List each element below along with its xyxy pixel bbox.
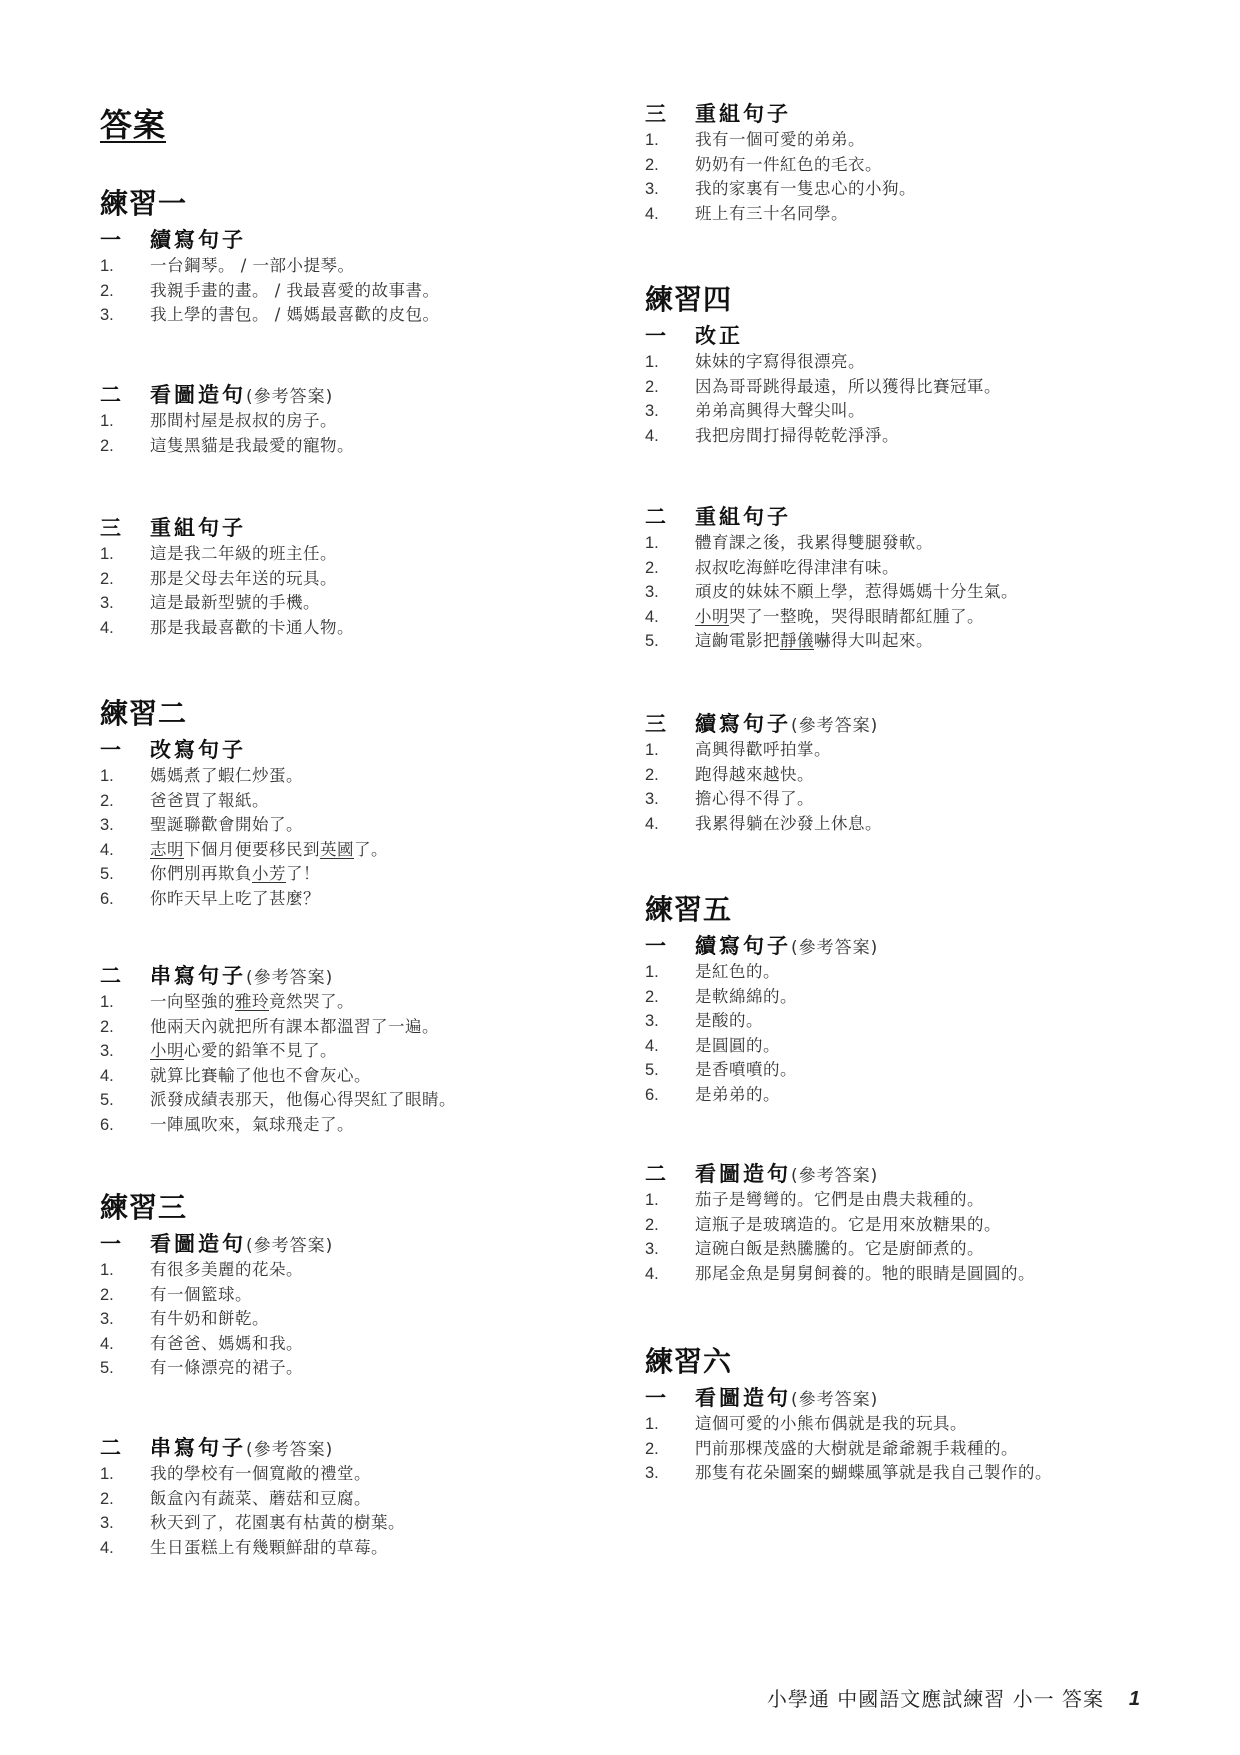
item-number: 1. bbox=[100, 254, 140, 279]
answer-text: 我親手畫的畫。 / 我最喜愛的故事書。 bbox=[150, 279, 440, 304]
item-number: 2. bbox=[100, 279, 140, 304]
item-number: 1. bbox=[645, 531, 685, 556]
question-section: 一續寫句子1.一台鋼琴。 / 一部小提琴。2.我親手畫的畫。 / 我最喜愛的故事… bbox=[100, 226, 600, 328]
section-title-text: 重組句子 bbox=[695, 102, 791, 126]
section-title: 看圖造句(參考答案) bbox=[695, 1384, 878, 1414]
question-section: 二串寫句子(參考答案)1.我的學校有一個寬敞的禮堂。2.飯盒內有蔬菜、蘑菇和豆腐… bbox=[100, 1434, 600, 1560]
answer-text: 聖誕聯歡會開始了。 bbox=[150, 813, 303, 838]
item-number: 5. bbox=[100, 1088, 140, 1113]
answer-item: 3.頑皮的妹妹不願上學，惹得媽媽十分生氣。 bbox=[645, 580, 1205, 605]
section-heading: 三重組句子 bbox=[645, 100, 1205, 128]
item-number: 6. bbox=[100, 1113, 140, 1138]
answer-item: 5.你們別再欺負小芳了！ bbox=[100, 862, 600, 887]
reference-answer-note: (參考答案) bbox=[246, 387, 333, 407]
item-number: 1. bbox=[645, 350, 685, 375]
answer-text: 有一條漂亮的裙子。 bbox=[150, 1356, 303, 1381]
answer-text: 門前那棵茂盛的大樹就是爺爺親手栽種的。 bbox=[695, 1437, 1018, 1462]
answer-text: 你昨天早上吃了甚麼？ bbox=[150, 887, 320, 912]
text-fragment: 哭了一整晚，哭得眼睛都紅腫了。 bbox=[729, 607, 984, 626]
answer-text: 體育課之後，我累得雙腿發軟。 bbox=[695, 531, 933, 556]
section-number: 二 bbox=[645, 1160, 685, 1188]
item-number: 2. bbox=[100, 1283, 140, 1308]
answer-text: 志明下個月便要移民到英國了。 bbox=[150, 838, 388, 863]
answer-item: 3.秋天到了，花園裏有枯黃的樹葉。 bbox=[100, 1511, 600, 1536]
section-title-text: 看圖造句 bbox=[150, 383, 246, 407]
answer-item: 1.體育課之後，我累得雙腿發軟。 bbox=[645, 531, 1205, 556]
section-heading: 一續寫句子 bbox=[100, 226, 600, 254]
question-section: 三重組句子1.我有一個可愛的弟弟。2.奶奶有一件紅色的毛衣。3.我的家裏有一隻忠… bbox=[645, 100, 1205, 226]
reference-answer-note: (參考答案) bbox=[791, 938, 878, 958]
answer-item: 1.那間村屋是叔叔的房子。 bbox=[100, 409, 600, 434]
answer-text: 那隻有花朵圖案的蝴蝶風箏就是我自己製作的。 bbox=[695, 1461, 1052, 1486]
item-number: 5. bbox=[645, 1058, 685, 1083]
section-number: 三 bbox=[645, 710, 685, 738]
answer-item: 5.這齣電影把靜儀嚇得大叫起來。 bbox=[645, 629, 1205, 654]
item-number: 5. bbox=[100, 862, 140, 887]
item-number: 5. bbox=[100, 1356, 140, 1381]
section-heading: 一改正 bbox=[645, 322, 1205, 350]
text-fragment: 這齣電影把 bbox=[695, 631, 780, 650]
section-title: 看圖造句(參考答案) bbox=[150, 381, 333, 411]
item-number: 4. bbox=[100, 838, 140, 863]
section-heading: 二看圖造句(參考答案) bbox=[100, 381, 600, 409]
item-number: 1. bbox=[645, 1188, 685, 1213]
section-title-text: 續寫句子 bbox=[695, 934, 791, 958]
section-title: 串寫句子(參考答案) bbox=[150, 962, 333, 992]
answer-text: 擔心得不得了。 bbox=[695, 787, 814, 812]
item-number: 6. bbox=[100, 887, 140, 912]
reference-answer-note: (參考答案) bbox=[791, 1166, 878, 1186]
answer-text: 有很多美麗的花朵。 bbox=[150, 1258, 303, 1283]
section-title: 改正 bbox=[695, 322, 743, 350]
answer-text: 爸爸買了報紙。 bbox=[150, 789, 269, 814]
underlined-proper-noun: 英國 bbox=[320, 840, 354, 859]
text-fragment: 一向堅強的 bbox=[150, 992, 235, 1011]
item-number: 3. bbox=[645, 787, 685, 812]
question-section: 二串寫句子(參考答案)1.一向堅強的雅玲竟然哭了。2.他兩天內就把所有課本都溫習… bbox=[100, 962, 600, 1137]
answer-text: 有爸爸、媽媽和我。 bbox=[150, 1332, 303, 1357]
item-number: 3. bbox=[645, 177, 685, 202]
question-section: 一改寫句子1.媽媽煮了蝦仁炒蛋。2.爸爸買了報紙。3.聖誕聯歡會開始了。4.志明… bbox=[100, 736, 600, 911]
section-number: 二 bbox=[100, 962, 140, 990]
item-number: 2. bbox=[100, 1487, 140, 1512]
answer-item: 3.那隻有花朵圖案的蝴蝶風箏就是我自己製作的。 bbox=[645, 1461, 1205, 1486]
item-number: 3. bbox=[645, 1237, 685, 1262]
section-title-text: 改寫句子 bbox=[150, 738, 246, 762]
item-number: 2. bbox=[645, 153, 685, 178]
item-number: 1. bbox=[100, 764, 140, 789]
answer-text: 派發成績表那天，他傷心得哭紅了眼睛。 bbox=[150, 1088, 456, 1113]
exercise-heading: 練習一 bbox=[100, 187, 187, 221]
section-number: 一 bbox=[100, 226, 140, 254]
footer-book-title: 小學通 中國語文應試練習 小一 答案 bbox=[767, 1684, 1104, 1714]
answer-item: 1.我有一個可愛的弟弟。 bbox=[645, 128, 1205, 153]
section-number: 一 bbox=[645, 1384, 685, 1412]
answer-text: 是紅色的。 bbox=[695, 960, 780, 985]
text-fragment: 嚇得大叫起來。 bbox=[814, 631, 933, 650]
section-title: 重組句子 bbox=[695, 100, 791, 128]
text-fragment: 竟然哭了。 bbox=[269, 992, 354, 1011]
section-title-text: 重組句子 bbox=[695, 505, 791, 529]
text-fragment: 你們別再欺負 bbox=[150, 864, 252, 883]
section-number: 二 bbox=[100, 1434, 140, 1462]
item-number: 2. bbox=[645, 985, 685, 1010]
answer-text: 一陣風吹來，氣球飛走了。 bbox=[150, 1113, 354, 1138]
answer-text: 那是父母去年送的玩具。 bbox=[150, 567, 337, 592]
answer-item: 2.有一個籃球。 bbox=[100, 1283, 600, 1308]
answer-text: 頑皮的妹妹不願上學，惹得媽媽十分生氣。 bbox=[695, 580, 1018, 605]
answer-item: 3.弟弟高興得大聲尖叫。 bbox=[645, 399, 1205, 424]
exercise-heading: 練習四 bbox=[645, 283, 732, 317]
question-section: 三重組句子1.這是我二年級的班主任。2.那是父母去年送的玩具。3.這是最新型號的… bbox=[100, 514, 600, 640]
underlined-proper-noun: 雅玲 bbox=[235, 992, 269, 1011]
answer-text: 秋天到了，花園裏有枯黃的樹葉。 bbox=[150, 1511, 405, 1536]
answer-item: 3.我的家裏有一隻忠心的小狗。 bbox=[645, 177, 1205, 202]
answer-item: 1.這是我二年級的班主任。 bbox=[100, 542, 600, 567]
item-number: 4. bbox=[645, 424, 685, 449]
section-title-text: 看圖造句 bbox=[695, 1162, 791, 1186]
section-number: 一 bbox=[645, 932, 685, 960]
section-title-text: 看圖造句 bbox=[150, 1232, 246, 1256]
answer-item: 1.有很多美麗的花朵。 bbox=[100, 1258, 600, 1283]
text-fragment: 下個月便要移民到 bbox=[184, 840, 320, 859]
answer-text: 一向堅強的雅玲竟然哭了。 bbox=[150, 990, 354, 1015]
answer-item: 2.飯盒內有蔬菜、蘑菇和豆腐。 bbox=[100, 1487, 600, 1512]
item-number: 3. bbox=[100, 1039, 140, 1064]
answer-text: 是弟弟的。 bbox=[695, 1083, 780, 1108]
section-heading: 一改寫句子 bbox=[100, 736, 600, 764]
answer-item: 2.門前那棵茂盛的大樹就是爺爺親手栽種的。 bbox=[645, 1437, 1205, 1462]
answer-item: 2.我親手畫的畫。 / 我最喜愛的故事書。 bbox=[100, 279, 600, 304]
item-number: 3. bbox=[100, 591, 140, 616]
item-number: 4. bbox=[100, 1064, 140, 1089]
answer-item: 2.奶奶有一件紅色的毛衣。 bbox=[645, 153, 1205, 178]
answer-text: 是圓圓的。 bbox=[695, 1034, 780, 1059]
underlined-proper-noun: 小芳 bbox=[252, 864, 286, 883]
answer-item: 4.班上有三十名同學。 bbox=[645, 202, 1205, 227]
answer-item: 1.是紅色的。 bbox=[645, 960, 1205, 985]
section-heading: 二串寫句子(參考答案) bbox=[100, 1434, 600, 1462]
reference-answer-note: (參考答案) bbox=[791, 1390, 878, 1410]
answer-item: 4.那是我最喜歡的卡通人物。 bbox=[100, 616, 600, 641]
item-number: 4. bbox=[645, 202, 685, 227]
answer-text: 茄子是彎彎的。它們是由農夫栽種的。 bbox=[695, 1188, 984, 1213]
item-number: 3. bbox=[100, 303, 140, 328]
answer-item: 5.是香噴噴的。 bbox=[645, 1058, 1205, 1083]
answer-item: 4.生日蛋糕上有幾顆鮮甜的草莓。 bbox=[100, 1536, 600, 1561]
item-number: 1. bbox=[645, 738, 685, 763]
underlined-proper-noun: 小明 bbox=[150, 1041, 184, 1060]
item-number: 3. bbox=[100, 1307, 140, 1332]
answer-text: 因為哥哥跳得最遠，所以獲得比賽冠軍。 bbox=[695, 375, 1001, 400]
answer-text: 媽媽煮了蝦仁炒蛋。 bbox=[150, 764, 303, 789]
answer-item: 2.他兩天內就把所有課本都溫習了一遍。 bbox=[100, 1015, 600, 1040]
item-number: 2. bbox=[100, 789, 140, 814]
answer-text: 你們別再欺負小芳了！ bbox=[150, 862, 320, 887]
section-title: 重組句子 bbox=[695, 503, 791, 531]
answer-text: 我的家裏有一隻忠心的小狗。 bbox=[695, 177, 916, 202]
answer-text: 他兩天內就把所有課本都溫習了一遍。 bbox=[150, 1015, 439, 1040]
item-number: 3. bbox=[645, 399, 685, 424]
answer-item: 2.跑得越來越快。 bbox=[645, 763, 1205, 788]
section-title-text: 續寫句子 bbox=[150, 228, 246, 252]
section-heading: 二重組句子 bbox=[645, 503, 1205, 531]
item-number: 2. bbox=[645, 1437, 685, 1462]
section-title-text: 看圖造句 bbox=[695, 1386, 791, 1410]
exercise-heading: 練習三 bbox=[100, 1191, 187, 1225]
answer-item: 2.那是父母去年送的玩具。 bbox=[100, 567, 600, 592]
answer-text: 飯盒內有蔬菜、蘑菇和豆腐。 bbox=[150, 1487, 371, 1512]
section-number: 一 bbox=[100, 1230, 140, 1258]
item-number: 3. bbox=[100, 813, 140, 838]
answer-item: 3.擔心得不得了。 bbox=[645, 787, 1205, 812]
answer-text: 高興得歡呼拍掌。 bbox=[695, 738, 831, 763]
answer-item: 3.聖誕聯歡會開始了。 bbox=[100, 813, 600, 838]
answer-text: 就算比賽輸了他也不會灰心。 bbox=[150, 1064, 371, 1089]
section-title-text: 改正 bbox=[695, 324, 743, 348]
answer-item: 3.這碗白飯是熱騰騰的。它是廚師煮的。 bbox=[645, 1237, 1205, 1262]
answer-text: 妹妹的字寫得很漂亮。 bbox=[695, 350, 865, 375]
answer-text: 有牛奶和餅乾。 bbox=[150, 1307, 269, 1332]
answer-text: 這隻黑貓是我最愛的寵物。 bbox=[150, 434, 354, 459]
answer-text: 這個可愛的小熊布偶就是我的玩具。 bbox=[695, 1412, 967, 1437]
section-heading: 三重組句子 bbox=[100, 514, 600, 542]
question-section: 二看圖造句(參考答案)1.那間村屋是叔叔的房子。2.這隻黑貓是我最愛的寵物。 bbox=[100, 381, 600, 458]
text-fragment: 了！ bbox=[286, 864, 320, 883]
answer-text: 這是最新型號的手機。 bbox=[150, 591, 320, 616]
answer-text: 弟弟高興得大聲尖叫。 bbox=[695, 399, 865, 424]
answer-item: 2.這瓶子是玻璃造的。它是用來放糖果的。 bbox=[645, 1213, 1205, 1238]
answer-item: 2.是軟綿綿的。 bbox=[645, 985, 1205, 1010]
answer-item: 1.媽媽煮了蝦仁炒蛋。 bbox=[100, 764, 600, 789]
item-number: 2. bbox=[645, 375, 685, 400]
reference-answer-note: (參考答案) bbox=[791, 716, 878, 736]
answer-text: 是香噴噴的。 bbox=[695, 1058, 797, 1083]
section-title: 看圖造句(參考答案) bbox=[695, 1160, 878, 1190]
answer-item: 2.叔叔吃海鮮吃得津津有味。 bbox=[645, 556, 1205, 581]
answer-item: 4.有爸爸、媽媽和我。 bbox=[100, 1332, 600, 1357]
answer-item: 4.小明哭了一整晚，哭得眼睛都紅腫了。 bbox=[645, 605, 1205, 630]
answer-item: 4.就算比賽輸了他也不會灰心。 bbox=[100, 1064, 600, 1089]
item-number: 4. bbox=[645, 605, 685, 630]
question-section: 二看圖造句(參考答案)1.茄子是彎彎的。它們是由農夫栽種的。2.這瓶子是玻璃造的… bbox=[645, 1160, 1205, 1286]
answer-text: 那間村屋是叔叔的房子。 bbox=[150, 409, 337, 434]
answer-text: 是酸的。 bbox=[695, 1009, 763, 1034]
section-title: 改寫句子 bbox=[150, 736, 246, 764]
answer-text: 有一個籃球。 bbox=[150, 1283, 252, 1308]
question-section: 三續寫句子(參考答案)1.高興得歡呼拍掌。2.跑得越來越快。3.擔心得不得了。4… bbox=[645, 710, 1205, 836]
item-number: 3. bbox=[645, 1009, 685, 1034]
item-number: 2. bbox=[100, 567, 140, 592]
answer-item: 4.我累得躺在沙發上休息。 bbox=[645, 812, 1205, 837]
section-title: 續寫句子 bbox=[150, 226, 246, 254]
answer-item: 4.我把房間打掃得乾乾淨淨。 bbox=[645, 424, 1205, 449]
item-number: 2. bbox=[100, 1015, 140, 1040]
answer-item: 4.志明下個月便要移民到英國了。 bbox=[100, 838, 600, 863]
item-number: 5. bbox=[645, 629, 685, 654]
item-number: 2. bbox=[645, 763, 685, 788]
answer-item: 3.小明心愛的鉛筆不見了。 bbox=[100, 1039, 600, 1064]
answer-item: 3.有牛奶和餅乾。 bbox=[100, 1307, 600, 1332]
answer-item: 5.有一條漂亮的裙子。 bbox=[100, 1356, 600, 1381]
answer-text: 一台鋼琴。 / 一部小提琴。 bbox=[150, 254, 355, 279]
answer-text: 生日蛋糕上有幾顆鮮甜的草莓。 bbox=[150, 1536, 388, 1561]
question-section: 一續寫句子(參考答案)1.是紅色的。2.是軟綿綿的。3.是酸的。4.是圓圓的。5… bbox=[645, 932, 1205, 1107]
section-number: 二 bbox=[645, 503, 685, 531]
answer-item: 1.一台鋼琴。 / 一部小提琴。 bbox=[100, 254, 600, 279]
answer-item: 2.這隻黑貓是我最愛的寵物。 bbox=[100, 434, 600, 459]
page-number: 1 bbox=[1129, 1684, 1140, 1714]
answer-text: 跑得越來越快。 bbox=[695, 763, 814, 788]
item-number: 2. bbox=[645, 1213, 685, 1238]
item-number: 1. bbox=[645, 1412, 685, 1437]
answer-item: 4.是圓圓的。 bbox=[645, 1034, 1205, 1059]
reference-answer-note: (參考答案) bbox=[246, 968, 333, 988]
answer-text: 奶奶有一件紅色的毛衣。 bbox=[695, 153, 882, 178]
answer-text: 班上有三十名同學。 bbox=[695, 202, 848, 227]
section-title-text: 串寫句子 bbox=[150, 1436, 246, 1460]
answer-text: 這瓶子是玻璃造的。它是用來放糖果的。 bbox=[695, 1213, 1001, 1238]
answer-text: 我的學校有一個寬敞的禮堂。 bbox=[150, 1462, 371, 1487]
page-title: 答案 bbox=[100, 100, 166, 146]
item-number: 4. bbox=[645, 1262, 685, 1287]
item-number: 1. bbox=[100, 409, 140, 434]
item-number: 1. bbox=[100, 1258, 140, 1283]
answer-item: 1.茄子是彎彎的。它們是由農夫栽種的。 bbox=[645, 1188, 1205, 1213]
answer-text: 小明哭了一整晚，哭得眼睛都紅腫了。 bbox=[695, 605, 984, 630]
text-fragment: 了。 bbox=[354, 840, 388, 859]
section-title-text: 續寫句子 bbox=[695, 712, 791, 736]
answer-item: 4.那尾金魚是舅舅飼養的。牠的眼睛是圓圓的。 bbox=[645, 1262, 1205, 1287]
answer-item: 1.高興得歡呼拍掌。 bbox=[645, 738, 1205, 763]
reference-answer-note: (參考答案) bbox=[246, 1236, 333, 1256]
item-number: 2. bbox=[645, 556, 685, 581]
answer-item: 1.這個可愛的小熊布偶就是我的玩具。 bbox=[645, 1412, 1205, 1437]
section-title: 重組句子 bbox=[150, 514, 246, 542]
section-heading: 二串寫句子(參考答案) bbox=[100, 962, 600, 990]
answer-item: 6.你昨天早上吃了甚麼？ bbox=[100, 887, 600, 912]
underlined-proper-noun: 志明 bbox=[150, 840, 184, 859]
text-fragment: 心愛的鉛筆不見了。 bbox=[184, 1041, 337, 1060]
underlined-proper-noun: 小明 bbox=[695, 607, 729, 626]
answer-item: 1.一向堅強的雅玲竟然哭了。 bbox=[100, 990, 600, 1015]
item-number: 4. bbox=[100, 1332, 140, 1357]
answer-text: 是軟綿綿的。 bbox=[695, 985, 797, 1010]
section-heading: 二看圖造句(參考答案) bbox=[645, 1160, 1205, 1188]
section-heading: 一看圖造句(參考答案) bbox=[100, 1230, 600, 1258]
answer-text: 我上學的書包。 / 媽媽最喜歡的皮包。 bbox=[150, 303, 440, 328]
answer-item: 6.一陣風吹來，氣球飛走了。 bbox=[100, 1113, 600, 1138]
reference-answer-note: (參考答案) bbox=[246, 1440, 333, 1460]
section-title: 串寫句子(參考答案) bbox=[150, 1434, 333, 1464]
section-number: 三 bbox=[645, 100, 685, 128]
answer-item: 6.是弟弟的。 bbox=[645, 1083, 1205, 1108]
section-number: 二 bbox=[100, 381, 140, 409]
item-number: 1. bbox=[645, 128, 685, 153]
item-number: 2. bbox=[100, 434, 140, 459]
item-number: 1. bbox=[100, 1462, 140, 1487]
section-heading: 三續寫句子(參考答案) bbox=[645, 710, 1205, 738]
item-number: 1. bbox=[100, 542, 140, 567]
answer-text: 這是我二年級的班主任。 bbox=[150, 542, 337, 567]
section-title: 續寫句子(參考答案) bbox=[695, 710, 878, 740]
item-number: 1. bbox=[645, 960, 685, 985]
answer-text: 我有一個可愛的弟弟。 bbox=[695, 128, 865, 153]
answer-item: 3.我上學的書包。 / 媽媽最喜歡的皮包。 bbox=[100, 303, 600, 328]
section-title: 續寫句子(參考答案) bbox=[695, 932, 878, 962]
answer-item: 3.這是最新型號的手機。 bbox=[100, 591, 600, 616]
answer-text: 我把房間打掃得乾乾淨淨。 bbox=[695, 424, 899, 449]
item-number: 4. bbox=[100, 616, 140, 641]
answer-item: 2.爸爸買了報紙。 bbox=[100, 789, 600, 814]
answer-text: 那尾金魚是舅舅飼養的。牠的眼睛是圓圓的。 bbox=[695, 1262, 1035, 1287]
answer-text: 小明心愛的鉛筆不見了。 bbox=[150, 1039, 337, 1064]
question-section: 一改正1.妹妹的字寫得很漂亮。2.因為哥哥跳得最遠，所以獲得比賽冠軍。3.弟弟高… bbox=[645, 322, 1205, 448]
section-heading: 一看圖造句(參考答案) bbox=[645, 1384, 1205, 1412]
item-number: 4. bbox=[645, 812, 685, 837]
section-title-text: 串寫句子 bbox=[150, 964, 246, 988]
underlined-proper-noun: 靜儀 bbox=[780, 631, 814, 650]
item-number: 4. bbox=[645, 1034, 685, 1059]
question-section: 一看圖造句(參考答案)1.這個可愛的小熊布偶就是我的玩具。2.門前那棵茂盛的大樹… bbox=[645, 1384, 1205, 1486]
page-footer: 小學通 中國語文應試練習 小一 答案 1 bbox=[750, 1684, 1140, 1714]
item-number: 6. bbox=[645, 1083, 685, 1108]
item-number: 4. bbox=[100, 1536, 140, 1561]
answer-item: 1.妹妹的字寫得很漂亮。 bbox=[645, 350, 1205, 375]
section-title: 看圖造句(參考答案) bbox=[150, 1230, 333, 1260]
item-number: 3. bbox=[645, 1461, 685, 1486]
exercise-heading: 練習二 bbox=[100, 697, 187, 731]
question-section: 一看圖造句(參考答案)1.有很多美麗的花朵。2.有一個籃球。3.有牛奶和餅乾。4… bbox=[100, 1230, 600, 1381]
section-number: 三 bbox=[100, 514, 140, 542]
question-section: 二重組句子1.體育課之後，我累得雙腿發軟。2.叔叔吃海鮮吃得津津有味。3.頑皮的… bbox=[645, 503, 1205, 654]
section-number: 一 bbox=[645, 322, 685, 350]
exercise-heading: 練習五 bbox=[645, 893, 732, 927]
answer-item: 5.派發成績表那天，他傷心得哭紅了眼睛。 bbox=[100, 1088, 600, 1113]
section-heading: 一續寫句子(參考答案) bbox=[645, 932, 1205, 960]
item-number: 3. bbox=[645, 580, 685, 605]
answer-text: 我累得躺在沙發上休息。 bbox=[695, 812, 882, 837]
exercise-heading: 練習六 bbox=[645, 1345, 732, 1379]
section-number: 一 bbox=[100, 736, 140, 764]
item-number: 1. bbox=[100, 990, 140, 1015]
item-number: 3. bbox=[100, 1511, 140, 1536]
answer-text: 這碗白飯是熱騰騰的。它是廚師煮的。 bbox=[695, 1237, 984, 1262]
answer-item: 2.因為哥哥跳得最遠，所以獲得比賽冠軍。 bbox=[645, 375, 1205, 400]
answer-item: 3.是酸的。 bbox=[645, 1009, 1205, 1034]
answer-text: 這齣電影把靜儀嚇得大叫起來。 bbox=[695, 629, 933, 654]
section-title-text: 重組句子 bbox=[150, 516, 246, 540]
answer-text: 叔叔吃海鮮吃得津津有味。 bbox=[695, 556, 899, 581]
answer-item: 1.我的學校有一個寬敞的禮堂。 bbox=[100, 1462, 600, 1487]
answer-text: 那是我最喜歡的卡通人物。 bbox=[150, 616, 354, 641]
